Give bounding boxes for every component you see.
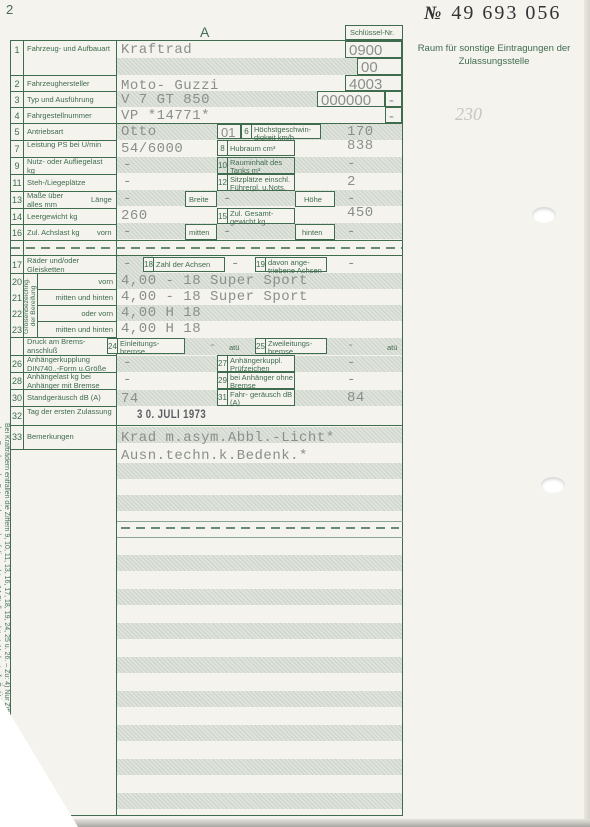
registration-document-page: 2 A №49 693 056 Raum für sonstige Eintra… [0,0,590,827]
tyre-rear-value: 4,00 - 18 Super Sport [121,289,308,305]
field-row-22: 22 oder vorn 4,00 H 18 [11,305,402,321]
field-row-2: 2 Fahrzeughersteller Moto- Guzzi 4003 [11,75,402,91]
field-row-26: 26 Anhängerkupplung DIN740..-Form u.Größ… [11,355,402,372]
driving-noise-value: 84 [347,390,365,406]
axle-count-value: - [231,256,240,272]
field-6-label-box: 6Höchstgeschwin- digkeit km/h [241,124,321,139]
field-label: Leistung PS bei U/min [27,141,112,150]
payload-value: - [123,157,132,173]
divider-dashed [11,244,402,252]
vehicle-type-value: Kraftrad [121,42,192,58]
length-value: - [123,191,132,207]
field-31-label-box: 31Fahr- geräusch dB (A) [217,389,295,406]
field-label: mitten und hinten [41,294,113,303]
page-edge-shadow-bottom [0,819,590,827]
field-25-label-box: 25Zweileitungs- bremse [255,338,327,354]
field-label: Leergewicht kg [27,213,77,222]
width-value: - [223,191,232,207]
mid-label-box: mitten [185,224,217,240]
field-label: Anhängelast kg bei Anhänger mit Bremse [27,373,115,390]
field-row-17: 17 Räder und/oder Gleisketten - 18Zahl d… [11,256,402,273]
key-number-2: 4003 [345,75,402,91]
field-row-3: 3 Typ und Ausführung V 7 GT 850 000000 - [11,91,402,107]
field-row-23: 23 mitten und hinten 4,00 H 18 [11,321,402,337]
field-row-28: 28 Anhängelast kg bei Anhänger mit Brems… [11,372,402,389]
width-label-box: Breite [185,191,217,207]
punch-hole-icon [532,207,556,223]
field-18-label-box: 18Zahl der Achsen [143,257,225,272]
field-label: Fahrzeughersteller [27,80,90,89]
field-label: Fahrgestellnummer [27,112,92,121]
tank-capacity-value: - [347,156,356,172]
remarks-line-1: Krad m.asym.Abbl.-Licht* [121,430,335,446]
gross-weight-value: 450 [347,205,374,221]
field-row-20: 20 vorn 4,00 - 18 Super Sport [11,273,402,289]
dual-line-brake-value: - [347,338,355,352]
page-edge-shadow [584,0,590,827]
field-label: Maße über alles mm [27,192,77,209]
field-label: Bemerkungen [27,433,74,442]
field-label: Anhängerkupplung DIN740..-Form u.Größe [27,356,115,373]
document-number-value: 49 693 056 [451,2,561,24]
number-sign: № [424,3,441,24]
field-row-24: Druck am Brems- anschluß 24Einleitungs- … [11,337,402,355]
divider-dashed [121,524,399,532]
engine-type-value: Otto [121,124,157,140]
chassis-number-value: VP *14771* [121,108,210,124]
axle-load-front-value: - [123,224,132,240]
tyre-alt-rear-value: 4,00 H 18 [121,321,201,337]
axle-load-rear-value: - [347,224,356,240]
field-29-label-box: 29bei Anhänger ohne Bremse [217,372,295,389]
punch-hole-icon [541,477,565,493]
key-number-1b: 00 [357,58,402,75]
field-27-label-box: 27Anhängerkuppl. Prüfzeichen [217,355,295,372]
column-letter: A [200,24,209,40]
field-row-4: 4 Fahrgestellnummer VP *14771* - [11,107,402,123]
field-label: Druck am Brems- anschluß [27,338,112,355]
field-24-label-box: 24Einleitungs- bremse [107,338,185,354]
tyre-alt-front-value: 4,00 H 18 [121,305,201,321]
braked-trailer-load-value: - [123,372,132,388]
field-row-13: 13 Maße über alles mm Länge - Breite - H… [11,191,402,208]
single-line-brake-value: - [209,338,217,352]
stationary-noise-value: 74 [121,391,139,407]
field-row-1: 1 Fahrzeug- und Aufbauart Kraftrad 0900 … [11,41,402,75]
field-label: vorn [41,278,113,287]
coupling-value: - [123,355,132,371]
empty-weight-value: 260 [121,208,148,224]
field-19-label-box: 19davon ange- triebene Achsen [255,257,327,272]
key-number-3b: - [385,91,402,107]
field-label: oder vorn [41,310,113,319]
key-number-3: 000000 [317,91,385,107]
document-number: №49 693 056 [424,2,561,25]
field-row-16: 16 Zul. Achslast kg vorn - mitten - hint… [11,224,402,240]
field-row-30: 30 Standgeräusch dB (A) 74 31Fahr- geräu… [11,389,402,406]
field-row-7: 7 Leistung PS bei U/min 54/6000 8Hubraum… [11,140,402,157]
power-value: 54/6000 [121,141,183,157]
field-row-32: 32 Tag der ersten Zulassung 3 0. JULI 19… [11,406,402,425]
field-label: Typ und Ausführung [27,96,94,105]
remarks-line-2: Ausn.techn.k.Bedenk.* [121,448,308,464]
wheels-value: - [123,256,132,272]
field-15-label-box: 15Zul. Gesamt- gewicht kg [217,208,295,224]
field-8-label-box: 8Hubraum cm³ [217,140,295,156]
key-number-4: - [385,107,402,123]
rear-label-box: hinten [295,224,335,240]
driven-axles-value: - [347,256,356,272]
key-number-1: 0900 [345,41,402,58]
page-number: 2 [6,2,13,17]
field-label: Räder und/oder Gleisketten [27,257,112,274]
key-number-5: 01 [217,124,241,139]
height-label-box: Höhe [295,191,335,207]
field-row-14: 14 Leergewicht kg 260 15Zul. Gesamt- gew… [11,208,402,224]
axle-load-mid-value: - [223,224,232,240]
field-row-11: 11 Steh-/Liegeplätze - 12Sitzplätze eins… [11,174,402,191]
field-label: Standgeräusch dB (A) [27,394,115,403]
field-label: Antriebsart [27,128,63,137]
field-10-label-box: 10Rauminhalt des Tanks m³ [217,157,295,174]
first-registration-date: 3 0. JULI 1973 [137,407,206,421]
seats-value: 2 [347,174,356,190]
type-value: V 7 GT 850 [121,92,210,108]
key-number-header: Schlüssel-Nr. [345,25,403,40]
field-row-5: 5 Antriebsart Otto 01 6Höchstgeschwin- d… [11,123,402,140]
field-12-label-box: 12Sitzplätze einschl. Führerpl. u.Nots. [217,174,295,191]
standing-places-value: - [123,174,132,190]
displacement-value: 838 [347,138,374,154]
cut-corner [0,697,78,827]
tyre-front-value: 4,00 - 18 Super Sport [121,273,308,289]
pencil-note: 230 [455,104,482,125]
field-label: Tag der ersten Zulassung [27,408,115,417]
field-label: Zul. Achslast kg [27,229,80,238]
unbraked-trailer-load-value: - [347,372,356,388]
field-label: Fahrzeug- und Aufbauart [27,45,112,54]
field-label: Nutz- oder Aufliegelast kg [27,158,112,175]
field-row-21: 21 mitten und hinten 4,00 - 18 Super Spo… [11,289,402,305]
authority-note: Raum für sonstige Eintragungen der Zulas… [404,42,584,68]
field-label: Steh-/Liegeplätze [27,179,85,188]
coupling-test-mark-value: - [347,355,356,371]
field-row-9: 9 Nutz- oder Aufliegelast kg - 10Rauminh… [11,157,402,174]
field-label: mitten und hinten [41,326,113,335]
